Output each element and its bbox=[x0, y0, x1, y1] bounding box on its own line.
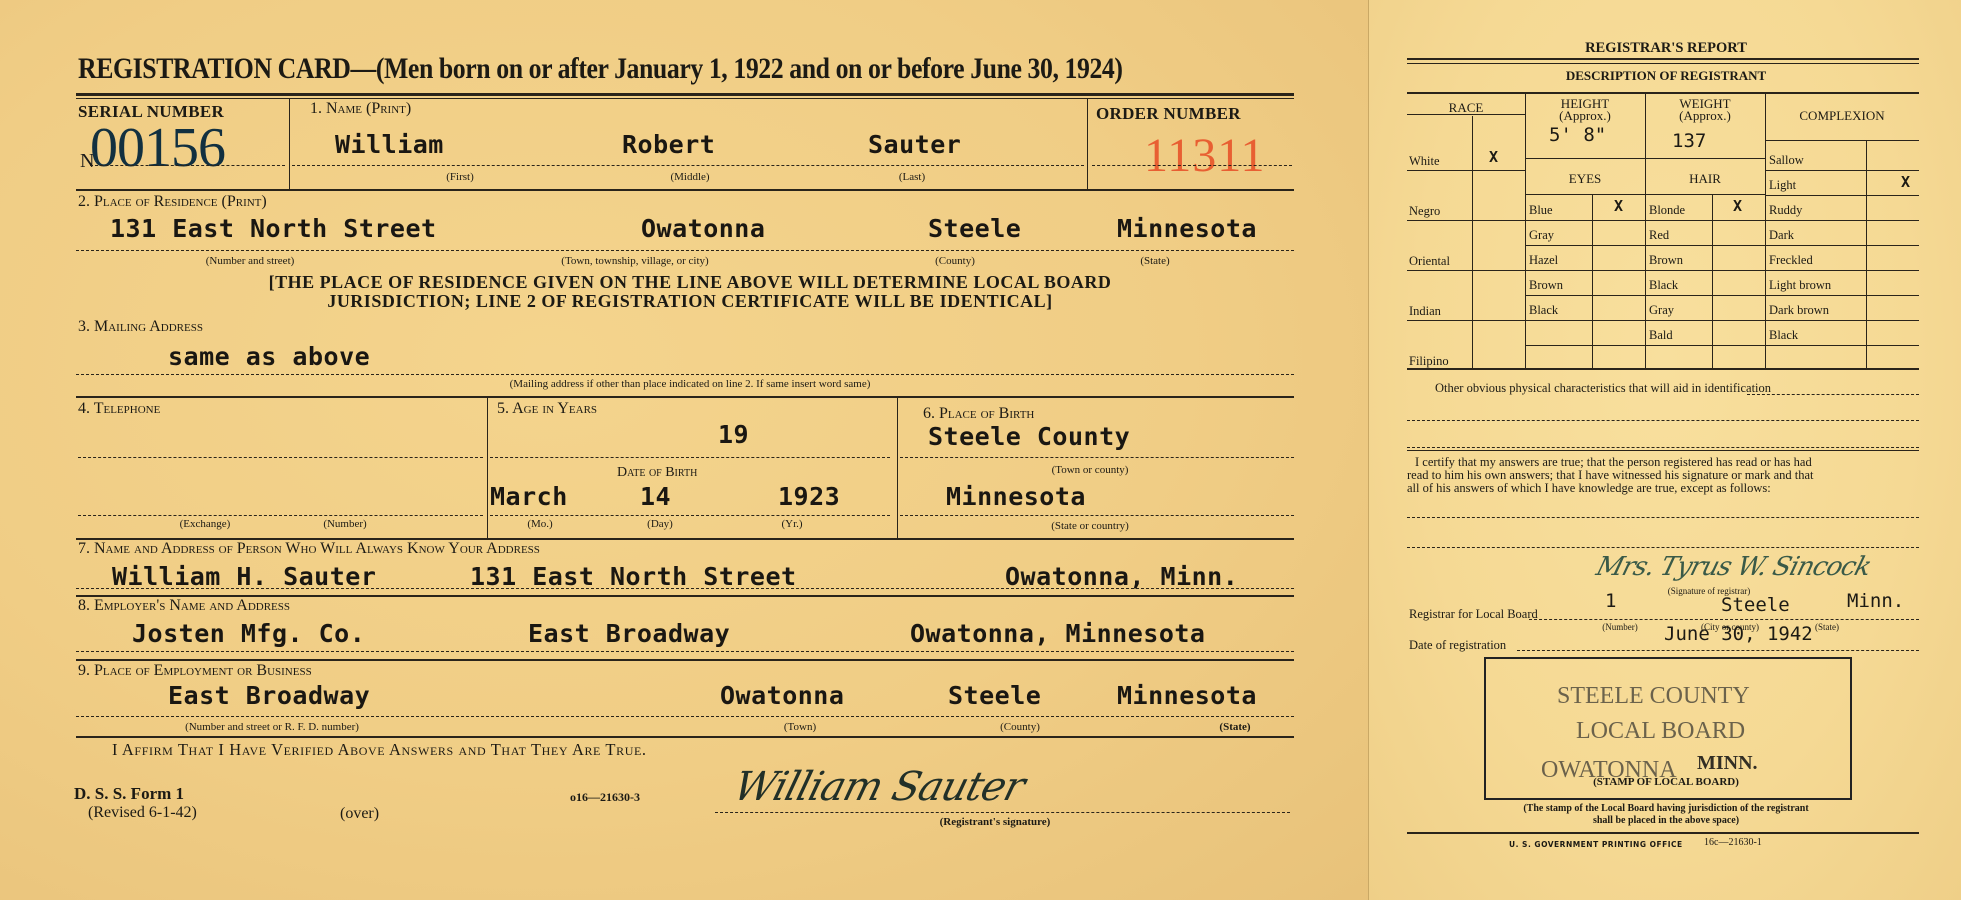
employment-street-caption: (Number and street or R. F. D. number) bbox=[185, 721, 359, 733]
eyes-rule bbox=[1525, 245, 1645, 246]
race-header-rule bbox=[1407, 114, 1525, 115]
residence-underline bbox=[76, 250, 1294, 251]
stamp-state: MINN. bbox=[1697, 752, 1758, 775]
report-subtitle: DESCRIPTION OF REGISTRANT bbox=[1566, 68, 1766, 84]
hair-blonde-mark: X bbox=[1733, 197, 1742, 215]
complexion-light: Light bbox=[1769, 178, 1796, 193]
race-rule bbox=[1407, 270, 1525, 271]
eyes-header: EYES bbox=[1569, 171, 1602, 187]
age-label: 5. Age in Years bbox=[497, 400, 597, 418]
stamp-caption: (STAMP OF LOCAL BOARD) bbox=[1593, 776, 1739, 788]
eyes-hazel: Hazel bbox=[1529, 253, 1558, 268]
serial-number-value: 00156 bbox=[90, 116, 225, 180]
serial-underline bbox=[90, 165, 285, 166]
state-caption: (State) bbox=[1815, 622, 1839, 632]
residence-notice-1: [THE PLACE OF RESIDENCE GIVEN ON THE LIN… bbox=[150, 272, 1230, 293]
eyes-brown: Brown bbox=[1529, 278, 1563, 293]
registrars-report: REGISTRAR'S REPORT DESCRIPTION OF REGIST… bbox=[1368, 0, 1961, 900]
divider bbox=[897, 398, 898, 538]
local-board-label: Registrar for Local Board bbox=[1409, 607, 1538, 622]
residence-county: Steele bbox=[928, 214, 1021, 243]
complexion-rule bbox=[1765, 270, 1919, 271]
birthplace-underline-1 bbox=[900, 457, 1294, 458]
complexion-rule bbox=[1765, 320, 1919, 321]
telephone-line-1 bbox=[78, 457, 483, 458]
age-value: 19 bbox=[718, 420, 749, 449]
table-bottom bbox=[1407, 368, 1919, 370]
birthplace-underline-2 bbox=[900, 515, 1294, 516]
year-caption: (Yr.) bbox=[781, 518, 802, 530]
registration-card-front: REGISTRATION CARD—(Men born on or after … bbox=[0, 0, 1368, 900]
dob-year: 1923 bbox=[778, 482, 840, 511]
date-line bbox=[1517, 650, 1919, 651]
registrant-signature: William Sauter bbox=[729, 764, 1029, 810]
other-line-0 bbox=[1747, 394, 1919, 395]
mailing-underline bbox=[76, 374, 1294, 375]
employment-state-caption: (State) bbox=[1219, 721, 1250, 733]
registrar-signature: Mrs. Tyrus W. Sincock bbox=[1593, 552, 1874, 582]
card-title: REGISTRATION CARD—(Men born on or after … bbox=[78, 52, 1123, 86]
title-rule bbox=[76, 93, 1294, 96]
local-board-city: Steele bbox=[1721, 594, 1790, 616]
employer-street: East Broadway bbox=[528, 619, 730, 648]
local-board-line bbox=[1529, 619, 1919, 620]
complexion-light-mark: X bbox=[1901, 173, 1910, 191]
divider bbox=[1087, 99, 1088, 189]
dob-underline bbox=[490, 515, 890, 516]
form-revision: (Revised 6-1-42) bbox=[88, 804, 197, 822]
col-rule bbox=[1645, 92, 1646, 368]
row-rule bbox=[76, 396, 1294, 398]
eyes-blue-mark: X bbox=[1614, 197, 1623, 215]
col-rule bbox=[1866, 140, 1867, 368]
birthplace-label: 6. Place of Birth bbox=[923, 405, 1034, 423]
mailing-label: 3. Mailing Address bbox=[78, 318, 203, 336]
mailing-value: same as above bbox=[168, 342, 370, 371]
hair-red: Red bbox=[1649, 228, 1669, 243]
dob-day: 14 bbox=[640, 482, 671, 511]
employer-city: Owatonna, Minnesota bbox=[910, 619, 1205, 648]
employment-street: East Broadway bbox=[168, 681, 370, 710]
residence-notice-2: JURISDICTION; LINE 2 OF REGISTRATION CER… bbox=[150, 291, 1230, 312]
race-rule bbox=[1407, 320, 1525, 321]
employer-name: Josten Mfg. Co. bbox=[132, 619, 365, 648]
contact-underline bbox=[76, 588, 1294, 589]
race-negro: Negro bbox=[1409, 204, 1440, 219]
employment-state: Minnesota bbox=[1117, 681, 1257, 710]
over-note: (over) bbox=[340, 805, 379, 823]
race-rule bbox=[1407, 220, 1525, 221]
divider bbox=[289, 99, 290, 189]
employer-underline bbox=[76, 651, 1294, 652]
middle-caption: (Middle) bbox=[670, 171, 709, 183]
hair-rule bbox=[1645, 345, 1765, 346]
report-title: REGISTRAR'S REPORT bbox=[1585, 40, 1747, 57]
contact-name: William H. Sauter bbox=[112, 562, 376, 591]
eyes-gray: Gray bbox=[1529, 228, 1554, 243]
hair-rule bbox=[1645, 245, 1765, 246]
complexion-light-brown: Light brown bbox=[1769, 278, 1831, 293]
form-id: D. S. S. Form 1 bbox=[74, 784, 184, 804]
hair-blonde: Blonde bbox=[1649, 203, 1685, 218]
hair-rule bbox=[1645, 320, 1765, 321]
row-rule bbox=[76, 659, 1294, 661]
residence-label: 2. Place of Residence (Print) bbox=[78, 193, 267, 211]
stamp-board: LOCAL BOARD bbox=[1576, 718, 1745, 745]
complexion-rule bbox=[1765, 345, 1919, 346]
exchange-caption: (Exchange) bbox=[180, 518, 231, 530]
dob-label: Date of Birth bbox=[617, 465, 697, 481]
dob-month: March bbox=[490, 482, 568, 511]
race-rule bbox=[1407, 170, 1525, 171]
height-weight-rule bbox=[1525, 158, 1765, 159]
residence-state: Minnesota bbox=[1117, 214, 1257, 243]
complexion-sallow: Sallow bbox=[1769, 153, 1804, 168]
affirmation-text: I Affirm That I Have Verified Above Answ… bbox=[112, 740, 647, 760]
table-top bbox=[1407, 92, 1919, 94]
first-name: William bbox=[335, 130, 444, 159]
race-white: White bbox=[1409, 154, 1440, 169]
name-label: 1. Name (Print) bbox=[310, 100, 411, 118]
employment-place-label: 9. Place of Employment or Business bbox=[78, 662, 312, 680]
title-rule-2 bbox=[76, 98, 1294, 99]
number-caption: (Number) bbox=[323, 518, 366, 530]
complexion-ruddy: Ruddy bbox=[1769, 203, 1802, 218]
employment-county-caption: (County) bbox=[1000, 721, 1040, 733]
hair-brown: Brown bbox=[1649, 253, 1683, 268]
hair-bald: Bald bbox=[1649, 328, 1673, 343]
col-rule bbox=[1525, 92, 1526, 368]
stamp-note-2: shall be placed in the above space) bbox=[1593, 815, 1739, 826]
local-board-number: 1 bbox=[1605, 590, 1616, 612]
complexion-rule bbox=[1765, 295, 1919, 296]
complexion-dark-brown: Dark brown bbox=[1769, 303, 1829, 318]
height-sub: (Approx.) bbox=[1559, 108, 1611, 124]
complexion-dark: Dark bbox=[1769, 228, 1794, 243]
order-underline bbox=[1092, 165, 1292, 166]
order-number-value: 11311 bbox=[1144, 128, 1265, 183]
eyes-black: Black bbox=[1529, 303, 1558, 318]
divider bbox=[487, 398, 488, 538]
hair-gray: Gray bbox=[1649, 303, 1674, 318]
contact-label: 7. Name and Address of Person Who Will A… bbox=[78, 540, 540, 558]
number-caption: (Number) bbox=[1602, 622, 1638, 632]
printing-office: U. S. GOVERNMENT PRINTING OFFICE bbox=[1509, 840, 1683, 849]
title-rule bbox=[1407, 58, 1919, 60]
state-caption: (State) bbox=[1140, 255, 1169, 267]
middle-name: Robert bbox=[622, 130, 715, 159]
certification-line-3: all of his answers of which I have knowl… bbox=[1407, 481, 1771, 496]
height-value: 5' 8" bbox=[1549, 124, 1606, 146]
town-caption: (Town, township, village, or city) bbox=[561, 255, 708, 267]
birthplace-town-caption: (Town or county) bbox=[1052, 464, 1129, 476]
mailing-caption: (Mailing address if other than place ind… bbox=[510, 378, 871, 390]
complexion-rule bbox=[1765, 220, 1919, 221]
hair-rule bbox=[1645, 295, 1765, 296]
local-board-state: Minn. bbox=[1847, 590, 1904, 612]
date-label: Date of registration bbox=[1409, 638, 1506, 653]
street-caption: (Number and street) bbox=[206, 255, 295, 267]
employment-county: Steele bbox=[948, 681, 1041, 710]
certify-rule bbox=[1407, 450, 1919, 451]
month-caption: (Mo.) bbox=[527, 518, 552, 530]
other-line-2 bbox=[1407, 447, 1919, 448]
signature-line bbox=[715, 812, 1290, 813]
day-caption: (Day) bbox=[647, 518, 673, 530]
eyes-rule bbox=[1525, 270, 1645, 271]
footer-rule bbox=[1407, 832, 1919, 834]
date-value: June 30, 1942 bbox=[1664, 623, 1813, 645]
stamp-note-1: (The stamp of the Local Board having jur… bbox=[1523, 803, 1808, 814]
race-indian: Indian bbox=[1409, 304, 1441, 319]
birthplace-state-caption: (State or country) bbox=[1051, 520, 1129, 532]
race-filipino: Filipino bbox=[1409, 354, 1449, 369]
complexion-rule bbox=[1765, 170, 1919, 171]
race-oriental: Oriental bbox=[1409, 254, 1450, 269]
hair-rule bbox=[1645, 270, 1765, 271]
employer-label: 8. Employer's Name and Address bbox=[78, 597, 290, 615]
print-code: o16—21630-3 bbox=[570, 790, 640, 805]
col-rule bbox=[1472, 116, 1473, 368]
exception-line-2 bbox=[1407, 547, 1919, 548]
eyes-hair-rule bbox=[1525, 194, 1765, 195]
complexion-rule bbox=[1765, 245, 1919, 246]
signature-caption: (Registrant's signature) bbox=[940, 816, 1051, 828]
first-caption: (First) bbox=[446, 171, 474, 183]
row-rule bbox=[76, 189, 1294, 191]
complexion-freckled: Freckled bbox=[1769, 253, 1813, 268]
order-number-label: ORDER NUMBER bbox=[1096, 104, 1241, 124]
complexion-header: COMPLEXION bbox=[1799, 108, 1884, 124]
stamp-county: STEELE COUNTY bbox=[1557, 683, 1750, 710]
complexion-black: Black bbox=[1769, 328, 1798, 343]
other-characteristics-label: Other obvious physical characteristics t… bbox=[1435, 381, 1771, 396]
last-caption: (Last) bbox=[899, 171, 925, 183]
name-underline bbox=[292, 165, 1084, 166]
weight-sub: (Approx.) bbox=[1679, 108, 1731, 124]
eyes-rule bbox=[1525, 220, 1645, 221]
exception-line-1 bbox=[1407, 517, 1919, 518]
hair-black: Black bbox=[1649, 278, 1678, 293]
hair-header: HAIR bbox=[1689, 171, 1721, 187]
race-white-mark: X bbox=[1489, 148, 1498, 166]
residence-street: 131 East North Street bbox=[110, 214, 437, 243]
eyes-rule bbox=[1525, 345, 1645, 346]
complexion-header-rule bbox=[1765, 140, 1919, 141]
hair-rule bbox=[1645, 220, 1765, 221]
eyes-rule bbox=[1525, 320, 1645, 321]
right-print-code: 16c—21630-1 bbox=[1704, 837, 1762, 848]
eyes-blue: Blue bbox=[1529, 203, 1553, 218]
weight-value: 137 bbox=[1672, 130, 1706, 152]
contact-street: 131 East North Street bbox=[470, 562, 797, 591]
age-underline bbox=[490, 457, 890, 458]
birthplace-state: Minnesota bbox=[946, 482, 1086, 511]
eyes-rule bbox=[1525, 295, 1645, 296]
complexion-rule bbox=[1765, 195, 1919, 196]
employment-town: Owatonna bbox=[720, 681, 844, 710]
title-rule-2 bbox=[1407, 63, 1919, 64]
row-rule bbox=[76, 736, 1294, 738]
birthplace-town: Steele County bbox=[928, 422, 1130, 451]
county-caption: (County) bbox=[935, 255, 975, 267]
residence-town: Owatonna bbox=[641, 214, 765, 243]
telephone-line-2 bbox=[78, 515, 483, 516]
last-name: Sauter bbox=[868, 130, 961, 159]
employment-underline bbox=[76, 716, 1294, 717]
contact-city: Owatonna, Minn. bbox=[1005, 562, 1238, 591]
col-rule bbox=[1765, 92, 1766, 368]
employment-town-caption: (Town) bbox=[784, 721, 816, 733]
other-line-1 bbox=[1407, 420, 1919, 421]
telephone-label: 4. Telephone bbox=[78, 400, 160, 418]
